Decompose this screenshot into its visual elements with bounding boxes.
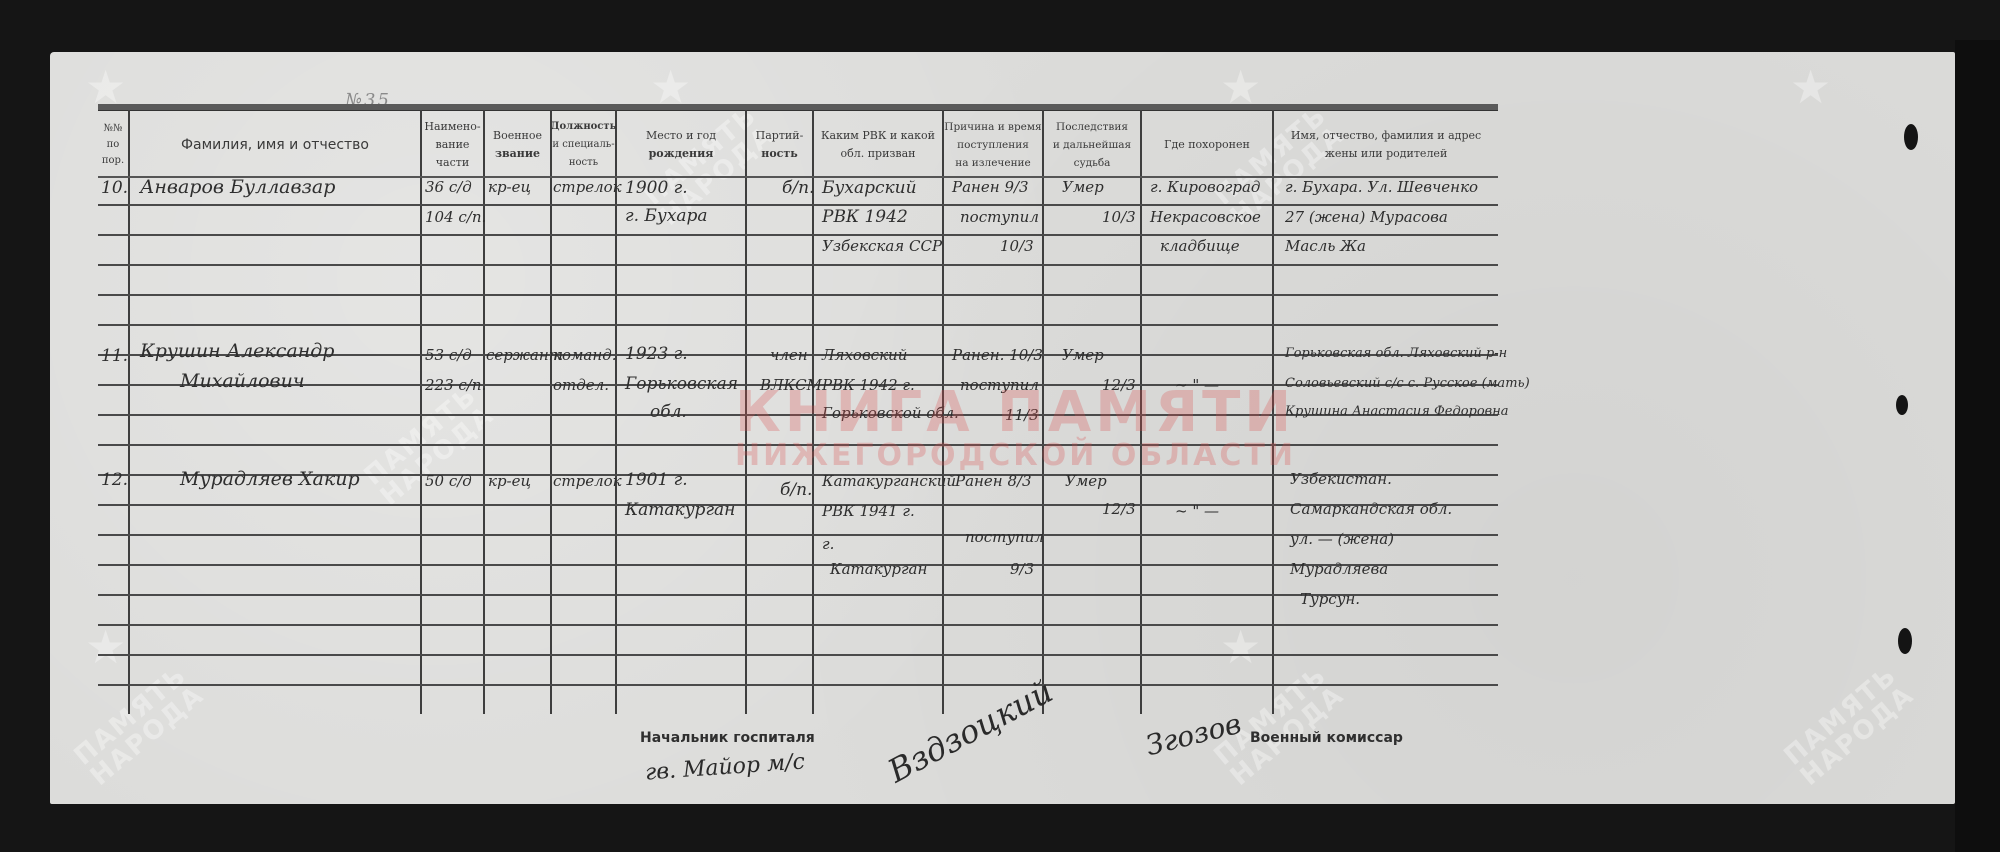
header-line: Наимено- (424, 118, 480, 136)
hospital-head-label: Начальник госпиталя (640, 730, 815, 746)
header-line: на излечение (944, 154, 1041, 172)
unit-line: 223 с/п. (425, 376, 486, 394)
scan-border (1955, 40, 2000, 852)
burial-line: кладбище (1160, 237, 1240, 255)
unit-line: 50 с/д (425, 472, 472, 490)
header-line: Где похоронен (1164, 136, 1250, 154)
military-rank: сержант (486, 346, 563, 364)
party: б/п. (782, 178, 814, 198)
rvk-line: Ляховский (822, 346, 907, 364)
unit-line: 53 с/д (425, 346, 472, 364)
header-line: ность (756, 145, 804, 163)
binding-hole (1904, 124, 1918, 150)
row-num: 12. (101, 470, 128, 490)
birth-line: обл. (650, 402, 687, 422)
full-name-cont: Михайлович (180, 370, 305, 392)
reason-line: поступил (965, 528, 1044, 546)
row-rule (98, 234, 1498, 236)
military-rank: кр-ец (488, 178, 531, 196)
header-line: пор. (102, 153, 124, 169)
unit-line: 104 с/п. (425, 208, 486, 226)
relatives-line: ул. — (жена) (1290, 530, 1394, 548)
header-line: поступления (944, 136, 1041, 154)
rvk-line: РВК 1941 г. (822, 502, 915, 520)
header-relatives: Имя, отчество, фамилия и адрес жены или … (1274, 114, 1498, 176)
header-line: Фамилия, имя и отчество (181, 136, 369, 154)
rvk-line: Катакурган (830, 560, 927, 578)
rvk-line: Узбекская ССР (822, 237, 942, 255)
header-line: судьба (1053, 154, 1131, 172)
header-line: Каким РВК и какой (821, 127, 935, 145)
row-num: 11. (101, 346, 128, 366)
header-buried: Где похоронен (1142, 114, 1272, 176)
table-top-rule (98, 104, 1498, 111)
header-line: №№ (102, 121, 124, 137)
reason-line: Ранен 9/3 (952, 178, 1029, 196)
row-rule (98, 564, 1498, 566)
watermark-kniga-pamyati: КНИГА ПАМЯТИ (735, 380, 1295, 445)
birth-line: 1901 г. (625, 470, 688, 490)
birth-line: г. Бухара (625, 206, 708, 226)
full-name: Анваров Буллавзар (140, 176, 335, 198)
outcome-line: 12/3 (1102, 500, 1136, 518)
row-rule (98, 264, 1498, 266)
header-line: обл. призван (821, 145, 935, 163)
birth-line: 1923 г. (625, 344, 688, 364)
header-rank: Военное звание (485, 114, 550, 176)
header-party: Партий- ность (747, 114, 812, 176)
party: б/п. (780, 480, 812, 500)
burial-line: г. Кировоград (1150, 178, 1260, 196)
header-unit: Наимено- вание части (422, 114, 483, 176)
header-line: Партий- (756, 127, 804, 145)
outcome-line: Умер (1065, 472, 1107, 490)
header-rvk: Каким РВК и какой обл. призван (814, 114, 942, 176)
row-rule (98, 504, 1498, 506)
reason-line: поступил (960, 208, 1039, 226)
relatives-line: Горьковская обл. Ляховский р-н (1285, 346, 1507, 361)
header-line: ность (551, 154, 617, 172)
header-line: и специаль- (551, 136, 617, 154)
header-outcome: Последствия и дальнейшая судьба (1044, 114, 1140, 176)
header-name: Фамилия, имя и отчество (130, 114, 420, 176)
relatives-line: г. Бухара. Ул. Шевченко (1285, 178, 1478, 196)
outcome-line: Умер (1062, 178, 1104, 196)
row-rule (98, 624, 1498, 626)
position: стрелок (553, 178, 622, 196)
watermark-star-icon: ★ (1790, 60, 1831, 114)
header-line: части (424, 154, 480, 172)
relatives-line: Крушина Анастасия Федоровна (1285, 404, 1509, 419)
header-reason: Причина и время поступления на излечение (944, 114, 1042, 176)
header-line: рождения (646, 145, 716, 163)
rvk-line: Бухарский (822, 178, 917, 198)
birth-line: Горьковская (625, 374, 738, 394)
reason-line: Ранен 8/3 (955, 472, 1032, 490)
header-line: Причина и время (944, 118, 1041, 136)
binding-hole (1896, 395, 1908, 415)
rvk-line: Катакурганский (822, 472, 956, 490)
row-rule (98, 684, 1498, 686)
header-line: звание (493, 145, 542, 163)
outcome-line: Умер (1062, 346, 1104, 364)
full-name: Крушин Александр (140, 340, 334, 362)
header-line: жены или родителей (1291, 145, 1481, 163)
relatives-line: Мурадляева (1290, 560, 1388, 578)
reason-line: 10/3 (1000, 237, 1034, 255)
position: стрелок (553, 472, 622, 490)
birth-line: 1900 г. (625, 178, 688, 198)
header-position: Должность и специаль- ность (552, 114, 615, 176)
header-line: Имя, отчество, фамилия и адрес (1291, 127, 1481, 145)
military-commissar-label: Военный комиссар (1250, 730, 1403, 746)
header-line: и дальнейшая (1053, 136, 1131, 154)
burial-line: Некрасовское (1150, 208, 1261, 226)
full-name: Мурадляев Хакир (180, 468, 360, 490)
relatives-line: Узбекистан. (1290, 470, 1392, 488)
row-rule (98, 654, 1498, 656)
rvk-line: г. (822, 535, 834, 553)
position: команд. (553, 346, 617, 364)
row-rule (98, 204, 1498, 206)
position: отдел. (553, 376, 609, 394)
outcome-line: 10/3 (1102, 208, 1136, 226)
header-line: вание (424, 136, 480, 154)
header-line: Военное (493, 127, 542, 145)
header-birth: Место и год рождения (617, 114, 745, 176)
birth-line: Катакурган (625, 500, 735, 520)
header-num: №№ по пор. (98, 114, 128, 176)
row-rule (98, 534, 1498, 536)
unit-line: 36 с/д (425, 178, 472, 196)
row-rule (98, 294, 1498, 296)
burial-ditto: ~ " — (1175, 502, 1219, 520)
reason-line: 9/3 (1010, 560, 1034, 578)
reason-line: Ранен. 10/3 (952, 346, 1043, 364)
header-line: Место и год (646, 127, 716, 145)
rvk-line: РВК 1942 (822, 207, 908, 227)
relatives-line: Самаркандская обл. (1290, 500, 1452, 518)
row-num: 10. (101, 178, 128, 198)
party: член (770, 346, 808, 364)
military-rank: кр-ец (488, 472, 531, 490)
relatives-line: Турсун. (1300, 590, 1360, 608)
header-line: Последствия (1053, 118, 1131, 136)
header-line: по (102, 137, 124, 153)
watermark-nizhegorodskoy-oblasti: НИЖЕГОРОДСКОЙ ОБЛАСТИ (735, 438, 1296, 473)
header-line: Должность (551, 118, 617, 136)
binding-hole (1898, 628, 1912, 654)
relatives-line: Соловьевский с/с с. Русское (мать) (1285, 376, 1530, 391)
row-rule (98, 594, 1498, 596)
relatives-line: 27 (жена) Мурасова (1285, 208, 1448, 226)
row-rule (98, 324, 1498, 326)
relatives-line: Масль Жа (1285, 237, 1366, 255)
